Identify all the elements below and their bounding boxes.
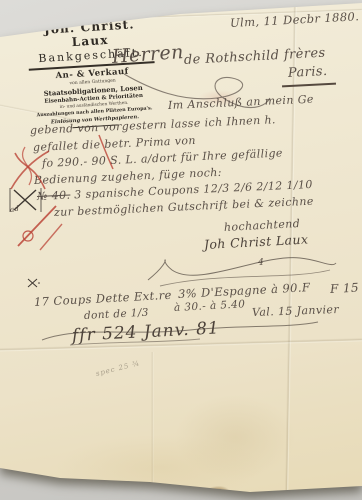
- account-line2-mid: à 30.- à 5.40: [174, 298, 246, 314]
- recipient-city-underline: [282, 83, 336, 87]
- dateline: Ulm, 11 Decbr 1880.: [230, 9, 360, 30]
- recipient-city: Paris.: [288, 64, 328, 81]
- small-x-mark: [26, 276, 40, 290]
- paper-stain: [175, 395, 295, 480]
- account-total-flourish: [40, 316, 320, 346]
- letter-paper: Joh. Christ. Laux Bankgeschäft. An- & Ve…: [0, 0, 362, 500]
- pencil-note: spec 25 ¾: [95, 359, 141, 378]
- ink-spot: [202, 484, 229, 500]
- red-slash-mark: [96, 132, 116, 172]
- paper-shadow: Joh. Christ. Laux Bankgeschäft. An- & Ve…: [0, 0, 362, 500]
- fold-crease-vertical-lower: [151, 352, 154, 500]
- scanned-letter-page: Joh. Christ. Laux Bankgeschäft. An- & Ve…: [0, 0, 362, 500]
- paper-stain: [55, 435, 265, 500]
- closing-valediction: hochachtend: [224, 217, 301, 234]
- red-slash-circle-mark: [12, 200, 64, 252]
- account-line1-left: 17 Coups Dette Ext.re: [34, 288, 172, 309]
- recipient-salutation: Herren: [111, 41, 184, 68]
- account-line1-right: F 15: [330, 280, 360, 295]
